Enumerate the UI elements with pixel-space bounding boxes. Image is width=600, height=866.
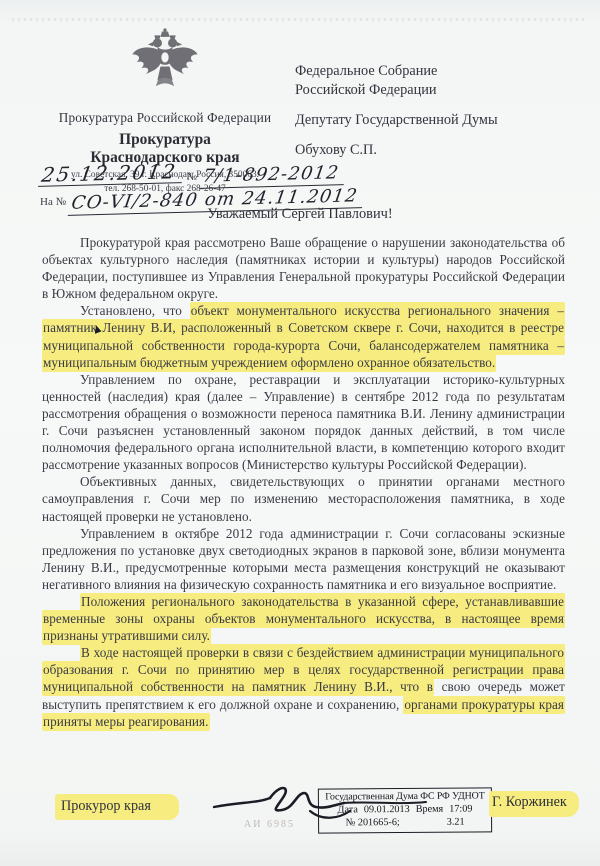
paragraph: В ходе настоящей проверки в связи с безд… <box>42 644 565 729</box>
text-segment: Объективных данных, свидетельствующих о … <box>42 474 565 523</box>
addressee-line: Обухову С.П. <box>295 142 498 159</box>
letter-body: Прокуратурой края рассмотрено Ваше обращ… <box>42 234 565 730</box>
text-segment: Прокуратурой края рассмотрено Ваше обращ… <box>42 235 565 301</box>
outgoing-number-handwritten: 7/1-892-2012 <box>199 163 347 189</box>
org-parent-name: Прокуратура Российской Федерации <box>30 110 300 126</box>
number-sign: № <box>187 171 198 183</box>
text-segment: Управлением по охране, реставрации и экс… <box>42 372 565 472</box>
highlighted-segment: Положения регионального законодательства… <box>42 593 565 645</box>
paragraph: Объективных данных, свидетельствующих о … <box>42 473 565 524</box>
outgoing-reference-line: 25.12.2012 № 7/1-892-2012 <box>40 163 345 187</box>
text-segment: Управлением в октябре 2012 года админист… <box>42 526 565 592</box>
text-segment: Установлено, что <box>80 303 190 318</box>
paragraph: Прокуратурой края рассмотрено Ваше обращ… <box>42 234 565 302</box>
scanned-letter-page: Прокуратура Российской Федерации Прокура… <box>0 0 600 866</box>
paragraph: Положения регионального законодательства… <box>42 593 565 644</box>
signatory-name: Г. Коржинек <box>489 791 579 817</box>
addressee-line: Депутату Государственной Думы <box>295 112 498 129</box>
paragraph: Установлено, что объект монументального … <box>42 302 565 370</box>
pen-mark-icon <box>93 324 104 335</box>
paragraph: Управлением по охране, реставрации и экс… <box>42 371 565 474</box>
paragraph: Управлением в октябре 2012 года админист… <box>42 525 565 593</box>
signature-block: Прокурор края АИ 6985 Государственная Ду… <box>0 778 600 864</box>
addressee-line: Федеральное Собрание <box>295 62 498 81</box>
org-name-line1: Прокуратура <box>30 131 300 149</box>
stamp-extra-value: 3.21 <box>447 816 465 829</box>
coat-of-arms-icon <box>127 26 203 104</box>
outgoing-date-handwritten: 25.12.2012 <box>38 161 184 187</box>
signature-scribble <box>210 781 430 827</box>
addressee-line: Российской Федерации <box>295 81 498 100</box>
stamp-time-value: 17:09 <box>449 803 472 816</box>
signatory-title: Прокурор края <box>55 794 179 820</box>
scan-artifact-line <box>12 18 588 21</box>
greeting: Уважаемый Сергей Павлович! <box>40 206 560 223</box>
addressee-block: Федеральное Собрание Российской Федераци… <box>295 62 498 159</box>
